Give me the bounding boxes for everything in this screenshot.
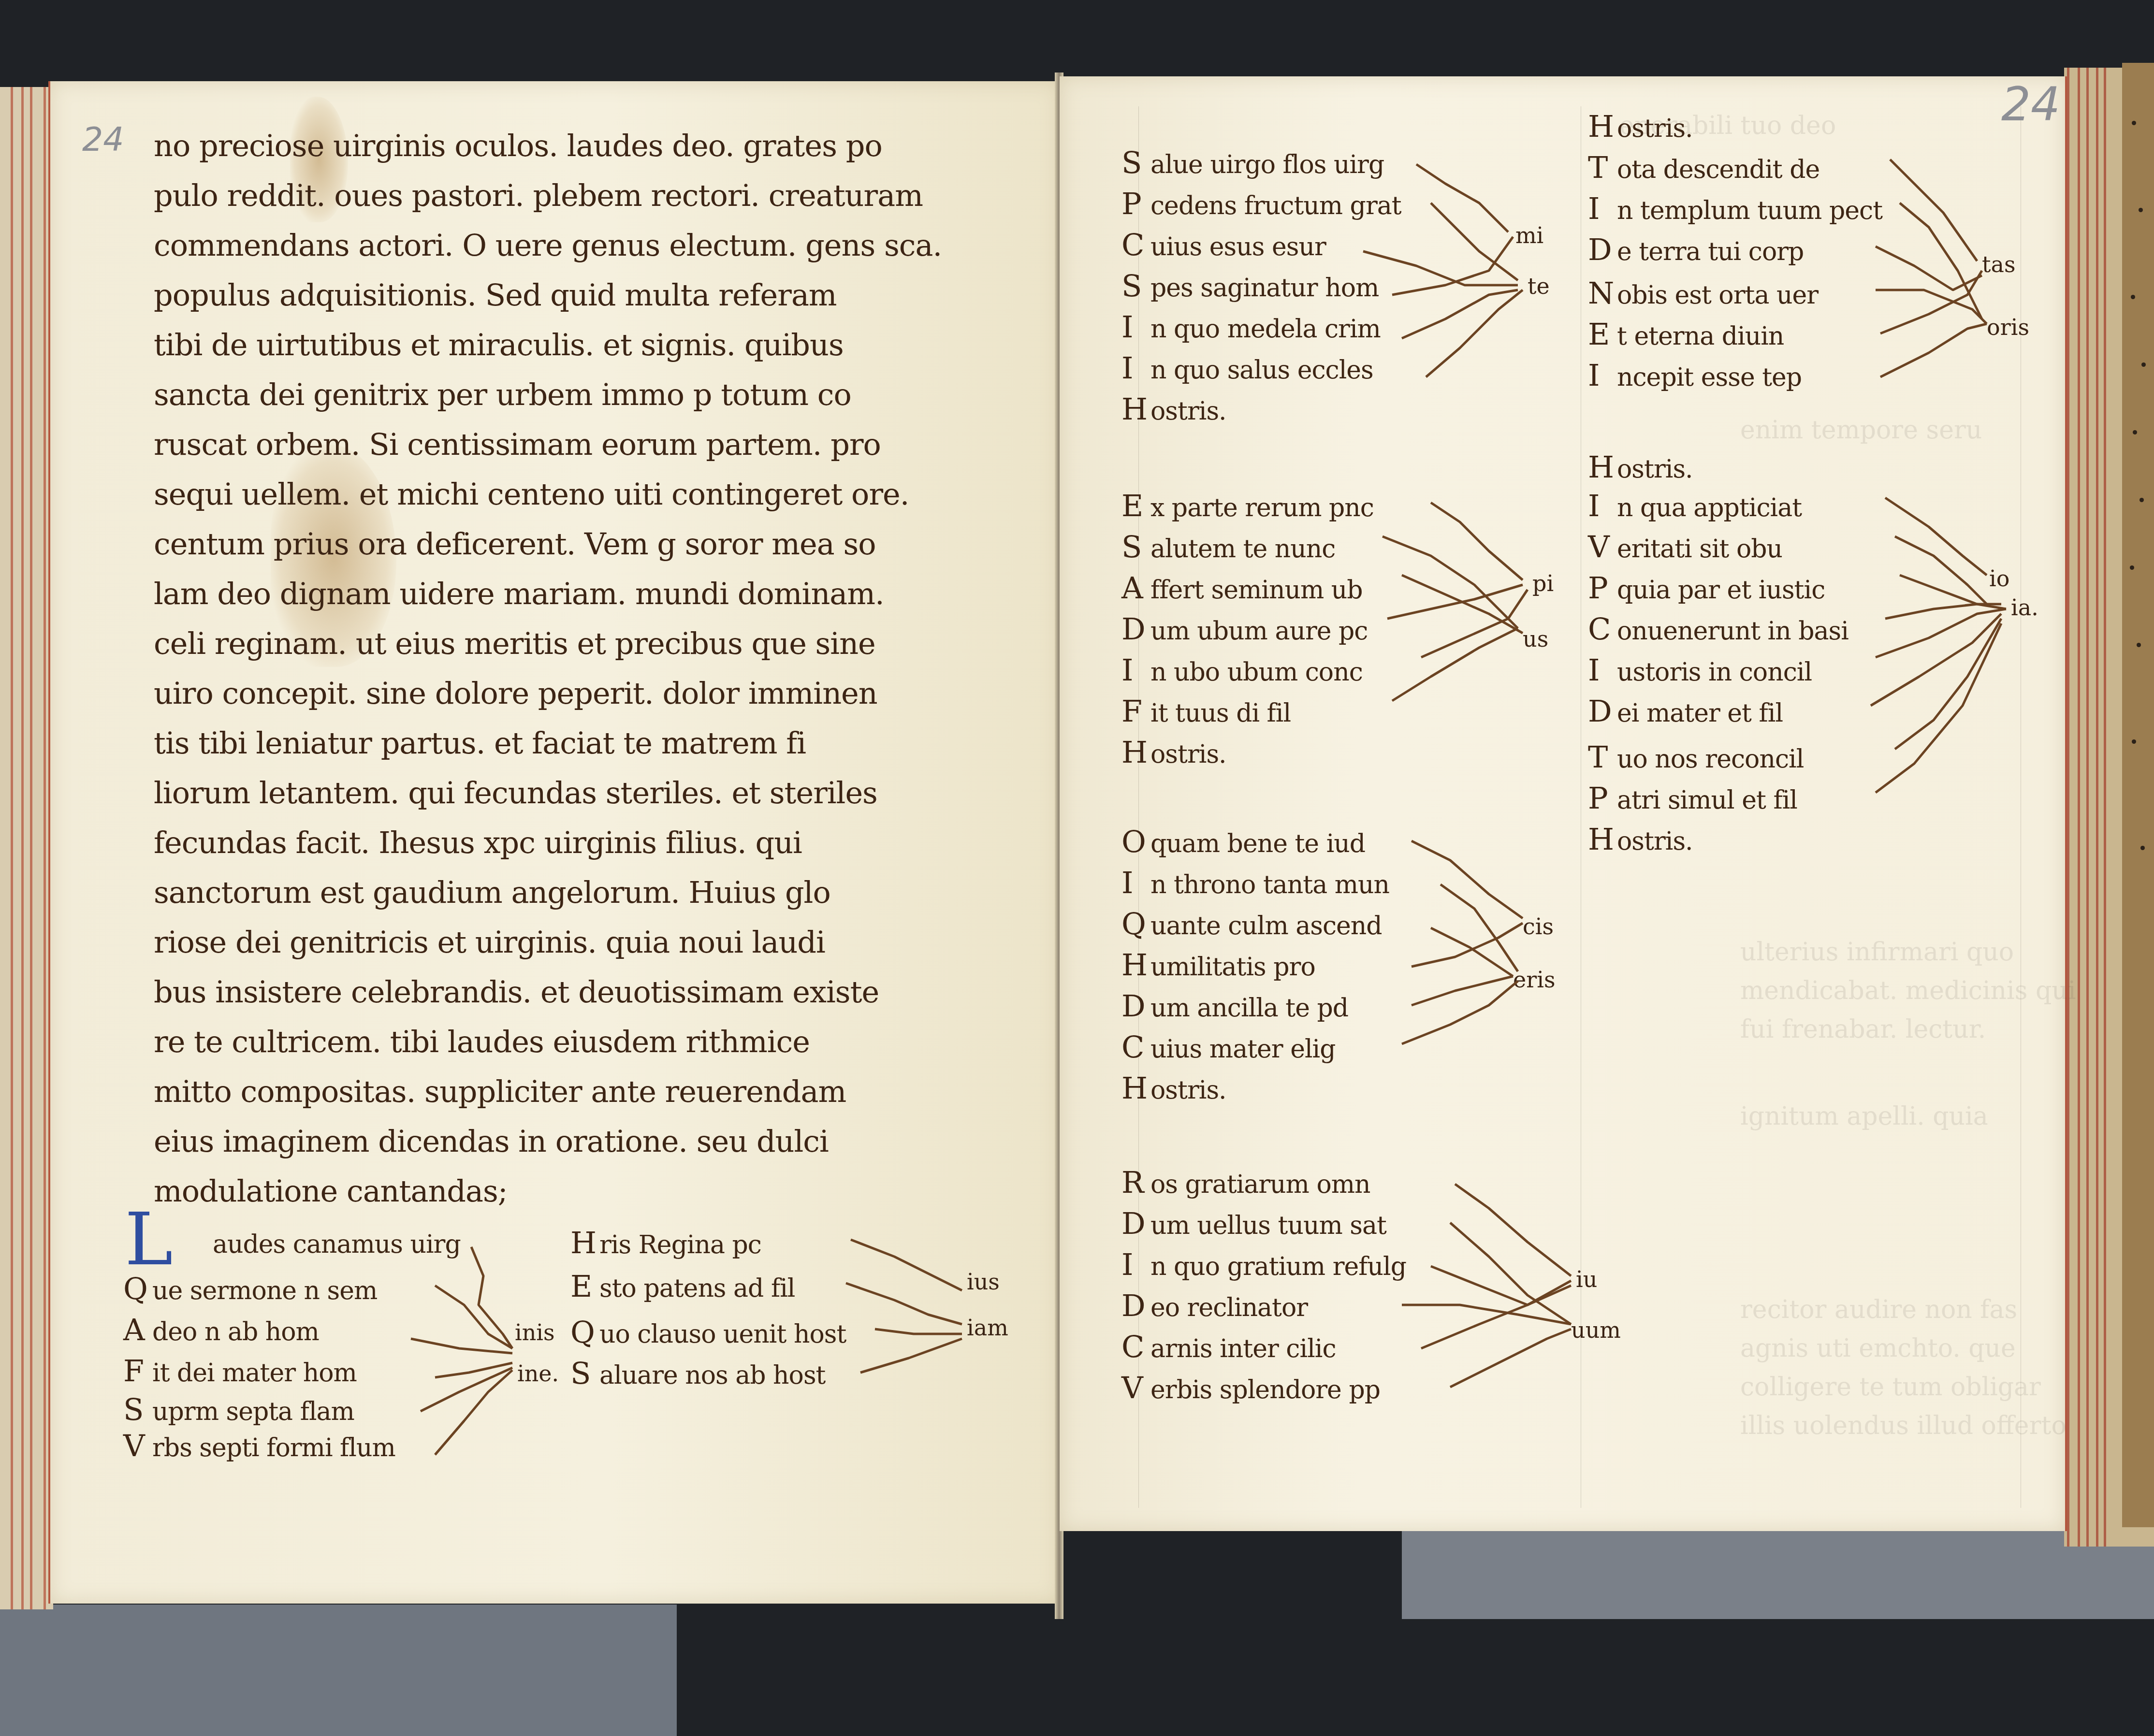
rhyme-bracket-lines — [0, 0, 2154, 1736]
